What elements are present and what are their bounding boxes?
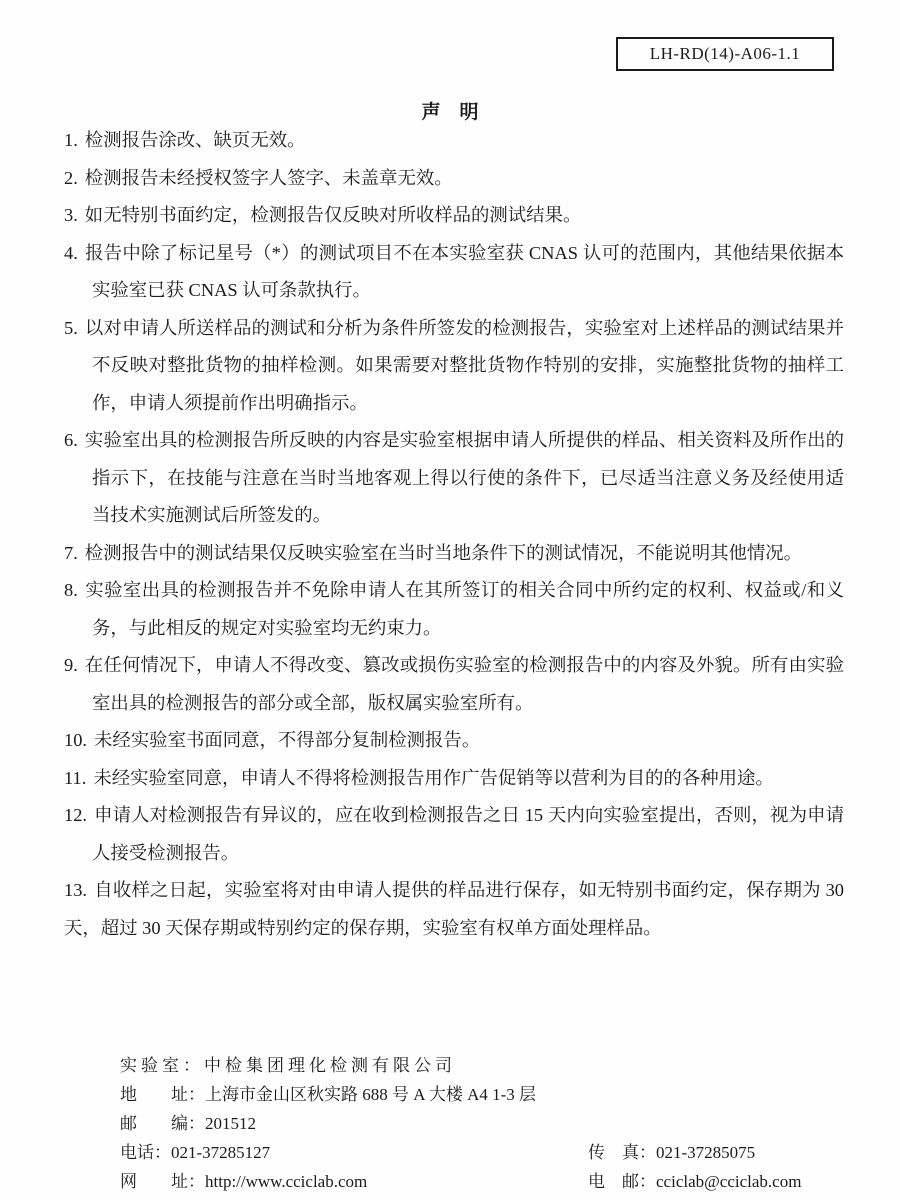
footer-lab-row: 实验室：中检集团理化检测有限公司 [120,1051,844,1080]
item-text: 检测报告中的测试结果仅反映实验室在当时当地条件下的测试情况，不能说明其他情况。 [85,543,802,563]
statement-list: 1.检测报告涂改、缺页无效。 2.检测报告未经授权签字人签字、未盖章无效。 3.… [64,122,844,947]
item-text: 以对申请人所送样品的测试和分析为条件所签发的检测报告，实验室对上述样品的测试结果… [85,318,844,413]
web-cell: 网 址：http://www.cciclab.com [120,1167,588,1196]
item-text: 在任何情况下，申请人不得改变、篡改或损伤实验室的检测报告中的内容及外貌。所有由实… [85,655,844,713]
item-text: 未经实验室同意，申请人不得将检测报告用作广告促销等以营利为目的的各种用途。 [93,768,773,788]
footer-web-email-row: 网 址：http://www.cciclab.com 电 邮：cciclab@c… [120,1167,844,1196]
statement-item-4: 4.报告中除了标记星号（*）的测试项目不在本实验室获 CNAS 认可的范围内，其… [64,235,844,310]
statement-item-3: 3.如无特别书面约定，检测报告仅反映对所收样品的测试结果。 [64,197,844,235]
item-number: 2. [64,168,78,188]
statement-item-5: 5.以对申请人所送样品的测试和分析为条件所签发的检测报告，实验室对上述样品的测试… [64,310,844,423]
item-number: 11. [64,768,86,788]
statement-item-9: 9.在任何情况下，申请人不得改变、篡改或损伤实验室的检测报告中的内容及外貌。所有… [64,647,844,722]
statement-item-11: 11.未经实验室同意，申请人不得将检测报告用作广告促销等以营利为目的的各种用途。 [64,760,844,798]
statement-item-13: 13.自收样之日起，实验室将对由申请人提供的样品进行保存，如无特别书面约定，保存… [64,872,844,947]
phone-value: 021-37285127 [171,1143,270,1162]
item-text: 实验室出具的检测报告并不免除申请人在其所签订的相关合同中所约定的权利、权益或/和… [85,580,844,638]
lab-label: 实验室： [120,1051,204,1080]
address-value: 上海市金山区秋实路 688 号 A 大楼 A4 1-3 层 [205,1080,536,1109]
email-cell: 电 邮：cciclab@cciclab.com [588,1167,801,1196]
item-number: 5. [64,318,78,338]
email-value: cciclab@cciclab.com [656,1172,801,1191]
item-text: 未经实验室书面同意，不得部分复制检测报告。 [94,730,480,750]
statement-item-12: 12.申请人对检测报告有异议的，应在收到检测报告之日 15 天内向实验室提出，否… [64,797,844,872]
address-label: 地 址： [120,1080,205,1109]
item-text: 报告中除了标记星号（*）的测试项目不在本实验室获 CNAS 认可的范围内，其他结… [85,243,844,301]
lab-name: 中检集团理化检测有限公司 [204,1051,456,1080]
item-number: 1. [64,130,78,150]
item-number: 8. [64,580,78,600]
statement-item-2: 2.检测报告未经授权签字人签字、未盖章无效。 [64,160,844,198]
footer-phone-fax-row: 电话：021-37285127 传 真：021-37285075 [120,1138,844,1167]
document-page: LH-RD(14)-A06-1.1 声 明 1.检测报告涂改、缺页无效。 2.检… [0,0,900,1200]
item-text: 检测报告未经授权签字人签字、未盖章无效。 [85,168,453,188]
item-number: 10. [64,730,87,750]
phone-cell: 电话：021-37285127 [120,1138,588,1167]
footer-zip-row: 邮 编：201512 [120,1109,844,1138]
footer-address-row: 地 址：上海市金山区秋实路 688 号 A 大楼 A4 1-3 层 [120,1080,844,1109]
document-code: LH-RD(14)-A06-1.1 [650,44,801,64]
statement-item-6: 6.实验室出具的检测报告所反映的内容是实验室根据申请人所提供的样品、相关资料及所… [64,422,844,535]
item-number: 12. [64,805,87,825]
fax-value: 021-37285075 [656,1143,755,1162]
fax-label: 传 真： [588,1143,656,1162]
item-number: 3. [64,205,78,225]
phone-label: 电话： [120,1143,171,1162]
item-text: 如无特别书面约定，检测报告仅反映对所收样品的测试结果。 [85,205,582,225]
zip-value: 201512 [205,1109,256,1138]
page-title: 声 明 [0,97,900,124]
document-code-box: LH-RD(14)-A06-1.1 [616,37,834,71]
item-text: 实验室出具的检测报告所反映的内容是实验室根据申请人所提供的样品、相关资料及所作出… [85,430,844,525]
item-text: 申请人对检测报告有异议的，应在收到检测报告之日 15 天内向实验室提出，否则，视… [92,805,844,863]
item-text: 检测报告涂改、缺页无效。 [85,130,306,150]
lab-contact-footer: 实验室：中检集团理化检测有限公司 地 址：上海市金山区秋实路 688 号 A 大… [120,1051,844,1196]
item-number: 4. [64,243,78,263]
fax-cell: 传 真：021-37285075 [588,1138,755,1167]
item-number: 6. [64,430,78,450]
item-number: 13. [64,880,87,900]
web-label: 网 址： [120,1172,205,1191]
statement-item-8: 8.实验室出具的检测报告并不免除申请人在其所签订的相关合同中所约定的权利、权益或… [64,572,844,647]
zip-label: 邮 编： [120,1109,205,1138]
item-number: 7. [64,543,78,563]
web-value: http://www.cciclab.com [205,1172,367,1191]
email-label: 电 邮： [588,1172,656,1191]
statement-item-10: 10.未经实验室书面同意，不得部分复制检测报告。 [64,722,844,760]
statement-item-7: 7.检测报告中的测试结果仅反映实验室在当时当地条件下的测试情况，不能说明其他情况… [64,535,844,573]
item-text: 自收样之日起，实验室将对由申请人提供的样品进行保存，如无特别书面约定，保存期为 … [64,880,844,938]
item-number: 9. [64,655,78,675]
statement-item-1: 1.检测报告涂改、缺页无效。 [64,122,844,160]
